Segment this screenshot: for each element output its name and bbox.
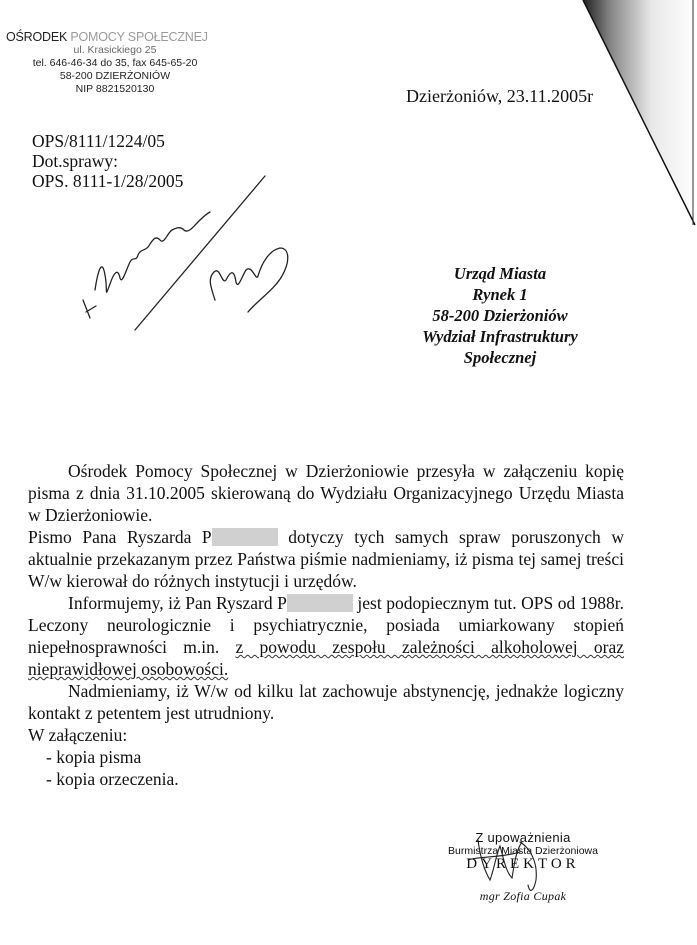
attachment-item: - kopia pisma xyxy=(28,746,624,768)
sender-stamp: OŚRODEK POMOCY SPOŁECZNEJ ul. Krasickieg… xyxy=(0,30,230,96)
attachments-label: W załączeniu: xyxy=(28,724,624,746)
recipient-line: 58-200 Dzierżoniów xyxy=(400,305,600,326)
redaction-box xyxy=(212,528,278,546)
paragraph-2: Pismo Pana Ryszarda P dotyczy tych samyc… xyxy=(28,526,624,592)
attachment-item: - kopia orzeczenia. xyxy=(28,768,624,790)
reference-block: OPS/8111/1224/05 Dot.sprawy: OPS. 8111-1… xyxy=(32,131,183,191)
sender-phone-fax: tel. 646-46-34 do 35, fax 645-65-20 xyxy=(0,57,230,70)
place-date: Dzierżoniów, 23.11.2005r xyxy=(406,86,593,107)
authorization-line: Z upoważnienia xyxy=(428,830,618,845)
signatory-name: mgr Zofia Cupak xyxy=(428,889,618,904)
sender-nip: NIP 8821520130 xyxy=(0,83,230,96)
redaction-box xyxy=(287,594,353,612)
case-reference: OPS. 8111-1/28/2005 xyxy=(32,171,183,191)
paragraph-4: Nadmieniamy, iż W/w od kilku lat zachowu… xyxy=(28,680,624,724)
sender-street: ul. Krasickiego 25 xyxy=(0,44,230,57)
director-title: DYREKTOR xyxy=(428,856,618,873)
our-reference: OPS/8111/1224/05 xyxy=(32,131,183,151)
paragraph-3: Informujemy, iż Pan Ryszard P jest podop… xyxy=(28,592,624,680)
attachments-list: - kopia pisma - kopia orzeczenia. xyxy=(28,746,624,790)
case-label: Dot.sprawy: xyxy=(32,151,183,171)
recipient-line: Rynek 1 xyxy=(400,284,600,305)
sender-postal-city: 58-200 DZIERŻONIÓW xyxy=(0,70,230,83)
recipient-address: Urząd Miasta Rynek 1 58-200 Dzierżoniów … xyxy=(400,263,600,368)
signature-stamp: Z upoważnienia Burmistrza Miasta Dzierżo… xyxy=(428,830,618,904)
sender-org-name: OŚRODEK POMOCY SPOŁECZNEJ xyxy=(0,30,230,44)
paragraph-1: Ośrodek Pomocy Społecznej w Dzierżoniowi… xyxy=(28,460,624,526)
recipient-line: Wydział Infrastruktury xyxy=(400,326,600,347)
recipient-line: Społecznej xyxy=(400,347,600,368)
letter-body: Ośrodek Pomocy Społecznej w Dzierżoniowi… xyxy=(28,460,624,790)
recipient-line: Urząd Miasta xyxy=(400,263,600,284)
